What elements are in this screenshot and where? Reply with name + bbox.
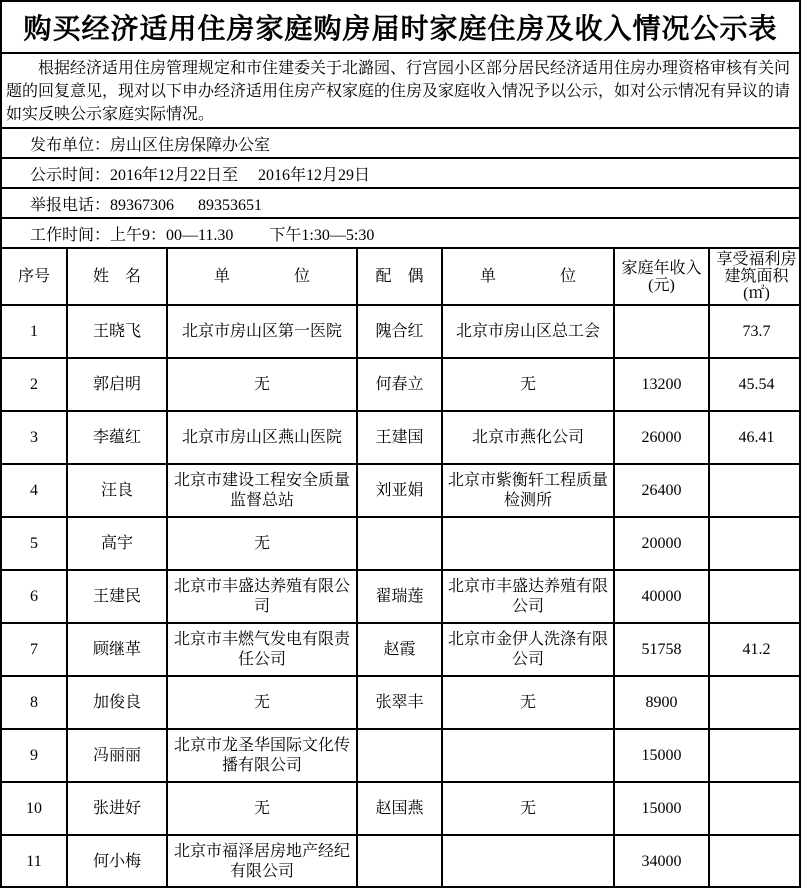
table-row: 2 郭启明 无 何春立 无 13200 45.54 — [2, 358, 801, 411]
serial-cell: 4 — [2, 464, 67, 517]
work-unit-cell: 北京市丰燃气发电有限责任公司 — [167, 623, 357, 676]
spouse-cell: 刘亚娟 — [357, 464, 442, 517]
serial-cell: 8 — [2, 676, 67, 729]
name-cell: 李蕴红 — [67, 411, 167, 464]
income-cell: 51758 — [614, 623, 709, 676]
spouse-cell: 王建国 — [357, 411, 442, 464]
spouse-cell: 赵霞 — [357, 623, 442, 676]
table-row: 1 王晓飞 北京市房山区第一医院 隗合红 北京市房山区总工会 73.7 — [2, 305, 801, 358]
spouse-work-unit-cell — [442, 517, 614, 570]
spouse-work-unit-cell: 北京市金伊人洗涤有限公司 — [442, 623, 614, 676]
welfare-area-cell: 46.41 — [709, 411, 801, 464]
page-title: 购买经济适用住房家庭购房届时家庭住房及收入情况公示表 — [2, 2, 799, 54]
publisher-label: 发布单位： — [30, 132, 110, 155]
table-row: 5 高宇 无 20000 — [2, 517, 801, 570]
table-row: 9 冯丽丽 北京市龙圣华国际文化传播有限公司 15000 — [2, 729, 801, 782]
serial-cell: 5 — [2, 517, 67, 570]
name-cell: 冯丽丽 — [67, 729, 167, 782]
spouse-work-unit-cell — [442, 835, 614, 888]
serial-cell: 6 — [2, 570, 67, 623]
name-cell: 王晓飞 — [67, 305, 167, 358]
work-hours-label: 工作时间： — [30, 222, 110, 245]
spouse-work-unit-cell: 北京市房山区总工会 — [442, 305, 614, 358]
work-unit-cell: 无 — [167, 517, 357, 570]
spouse-cell — [357, 835, 442, 888]
col-header-welfare-area: 享受福利房 建筑面积 (㎡) — [709, 249, 801, 305]
col-header-spouse-work-unit: 单 位 — [442, 249, 614, 305]
work-unit-cell: 北京市房山区燕山医院 — [167, 411, 357, 464]
income-cell: 15000 — [614, 782, 709, 835]
col-header-serial: 序号 — [2, 249, 67, 305]
spouse-work-unit-cell: 北京市燕化公司 — [442, 411, 614, 464]
intro-paragraph: 根据经济适用住房管理规定和市住建委关于北潞园、行宫园小区部分居民经济适用住房办理… — [2, 54, 799, 129]
welfare-area-cell: 41.2 — [709, 623, 801, 676]
spouse-cell: 隗合红 — [357, 305, 442, 358]
work-unit-cell: 北京市丰盛达养殖有限公司 — [167, 570, 357, 623]
welfare-area-cell — [709, 729, 801, 782]
name-cell: 何小梅 — [67, 835, 167, 888]
public-notice-document: 购买经济适用住房家庭购房届时家庭住房及收入情况公示表 根据经济适用住房管理规定和… — [0, 0, 801, 888]
spouse-work-unit-cell: 无 — [442, 358, 614, 411]
income-cell: 13200 — [614, 358, 709, 411]
welfare-area-cell — [709, 464, 801, 517]
table-row: 11 何小梅 北京市福泽居房地产经纪有限公司 34000 — [2, 835, 801, 888]
spouse-work-unit-cell — [442, 729, 614, 782]
income-cell: 15000 — [614, 729, 709, 782]
name-cell: 郭启明 — [67, 358, 167, 411]
income-cell: 26400 — [614, 464, 709, 517]
table-row: 6 王建民 北京市丰盛达养殖有限公司 翟瑞莲 北京市丰盛达养殖有限公司 4000… — [2, 570, 801, 623]
table-row: 4 汪良 北京市建设工程安全质量监督总站 刘亚娟 北京市紫衡轩工程质量检测所 2… — [2, 464, 801, 517]
welfare-area-cell — [709, 517, 801, 570]
spouse-work-unit-cell: 北京市紫衡轩工程质量检测所 — [442, 464, 614, 517]
serial-cell: 10 — [2, 782, 67, 835]
col-header-spouse: 配 偶 — [357, 249, 442, 305]
meta-row-notice-period: 公示时间：2016年12月22日至 2016年12月29日 — [2, 159, 799, 189]
table-row: 3 李蕴红 北京市房山区燕山医院 王建国 北京市燕化公司 26000 46.41 — [2, 411, 801, 464]
spouse-cell: 翟瑞莲 — [357, 570, 442, 623]
work-hours-value: 上午9：00—11.30 下午1:30—5:30 — [110, 222, 374, 245]
work-unit-cell: 无 — [167, 358, 357, 411]
income-cell: 20000 — [614, 517, 709, 570]
welfare-area-cell: 45.54 — [709, 358, 801, 411]
table-row: 7 顾继革 北京市丰燃气发电有限责任公司 赵霞 北京市金伊人洗涤有限公司 517… — [2, 623, 801, 676]
col-header-work-unit: 单 位 — [167, 249, 357, 305]
spouse-work-unit-cell: 无 — [442, 676, 614, 729]
income-cell: 40000 — [614, 570, 709, 623]
name-cell: 加俊良 — [67, 676, 167, 729]
name-cell: 王建民 — [67, 570, 167, 623]
spouse-cell — [357, 729, 442, 782]
spouse-work-unit-cell: 北京市丰盛达养殖有限公司 — [442, 570, 614, 623]
work-unit-cell: 无 — [167, 676, 357, 729]
name-cell: 张进好 — [67, 782, 167, 835]
work-unit-cell: 北京市建设工程安全质量监督总站 — [167, 464, 357, 517]
welfare-area-cell — [709, 782, 801, 835]
spouse-cell: 何春立 — [357, 358, 442, 411]
work-unit-cell: 北京市福泽居房地产经纪有限公司 — [167, 835, 357, 888]
name-cell: 汪良 — [67, 464, 167, 517]
housing-income-table: 序号 姓 名 单 位 配 偶 单 位 家庭年收入 (元) 享受福利房 建筑面积 … — [2, 249, 801, 888]
table-row: 10 张进好 无 赵国燕 无 15000 — [2, 782, 801, 835]
welfare-area-cell — [709, 835, 801, 888]
meta-row-work-hours: 工作时间：上午9：00—11.30 下午1:30—5:30 — [2, 219, 799, 249]
meta-row-report-phone: 举报电话：89367306 89353651 — [2, 189, 799, 219]
serial-cell: 9 — [2, 729, 67, 782]
report-phone-label: 举报电话： — [30, 192, 110, 215]
spouse-cell — [357, 517, 442, 570]
welfare-area-cell: 73.7 — [709, 305, 801, 358]
serial-cell: 2 — [2, 358, 67, 411]
notice-period-value: 2016年12月22日至 2016年12月29日 — [110, 162, 370, 185]
work-unit-cell: 北京市房山区第一医院 — [167, 305, 357, 358]
serial-cell: 7 — [2, 623, 67, 676]
work-unit-cell: 无 — [167, 782, 357, 835]
name-cell: 顾继革 — [67, 623, 167, 676]
welfare-area-cell — [709, 570, 801, 623]
table-header-row: 序号 姓 名 单 位 配 偶 单 位 家庭年收入 (元) 享受福利房 建筑面积 … — [2, 249, 801, 305]
serial-cell: 11 — [2, 835, 67, 888]
table-row: 8 加俊良 无 张翠丰 无 8900 — [2, 676, 801, 729]
spouse-work-unit-cell: 无 — [442, 782, 614, 835]
welfare-area-cell — [709, 676, 801, 729]
report-phone-value: 89367306 89353651 — [110, 192, 262, 215]
serial-cell: 3 — [2, 411, 67, 464]
income-cell — [614, 305, 709, 358]
col-header-name: 姓 名 — [67, 249, 167, 305]
spouse-cell: 张翠丰 — [357, 676, 442, 729]
publisher-value: 房山区住房保障办公室 — [110, 132, 270, 155]
notice-period-label: 公示时间： — [30, 162, 110, 185]
serial-cell: 1 — [2, 305, 67, 358]
income-cell: 34000 — [614, 835, 709, 888]
meta-row-publisher: 发布单位：房山区住房保障办公室 — [2, 129, 799, 159]
col-header-annual-income: 家庭年收入 (元) — [614, 249, 709, 305]
work-unit-cell: 北京市龙圣华国际文化传播有限公司 — [167, 729, 357, 782]
name-cell: 高宇 — [67, 517, 167, 570]
income-cell: 26000 — [614, 411, 709, 464]
income-cell: 8900 — [614, 676, 709, 729]
spouse-cell: 赵国燕 — [357, 782, 442, 835]
